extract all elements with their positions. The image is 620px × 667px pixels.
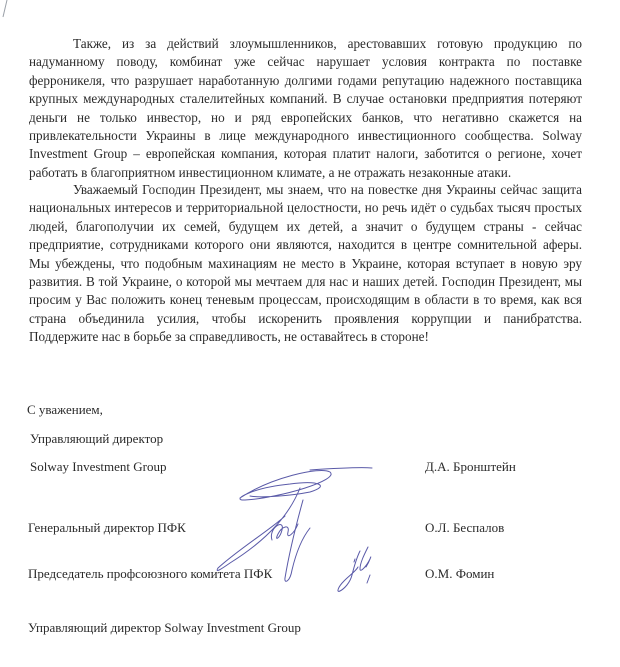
scan-artifact-mark <box>2 0 8 18</box>
signatory-2-name: О.Л. Беспалов <box>425 520 504 536</box>
text-line: национальных интересов и территориальной… <box>29 199 582 217</box>
text-line: Investment Group – европейская компания,… <box>29 145 582 163</box>
text-line: Уважаемый Господин Президент, мы знаем, … <box>29 181 582 199</box>
text-line: деньги не только инвестор, но и ряд евро… <box>29 109 582 127</box>
letter-page: Также, из за действий злоумышленников, а… <box>0 0 620 667</box>
text-line: привлекательности Украины в лице междуна… <box>29 127 582 145</box>
text-line: Мы убеждены, что подобным махинациям не … <box>29 255 582 273</box>
text-line: предприятие, сотрудниками которого они я… <box>29 236 582 254</box>
signatory-2-title: Генеральный директор ПФК <box>28 520 186 536</box>
closing-salutation: С уважением, <box>27 402 103 418</box>
footer-signatory-line: Управляющий директор Solway Investment G… <box>28 620 301 636</box>
handwritten-signature-fomin <box>330 545 390 595</box>
text-line: развития. В той Украине, о которой мы ме… <box>29 273 582 291</box>
text-line: крупных международных сталелитейных комп… <box>29 90 582 108</box>
signatory-1-name: Д.А. Бронштейн <box>425 459 516 475</box>
signatory-1-title-line2: Solway Investment Group <box>30 459 166 475</box>
text-line: страна объединила усилия, чтобы искорени… <box>29 310 582 328</box>
text-line: надуманному поводу, комбинат уже сейчас … <box>29 53 582 71</box>
text-line: просим у Вас положить конец теневым проц… <box>29 291 582 309</box>
signatory-3-name: О.М. Фомин <box>425 566 494 582</box>
paragraph-appeal-to-president: Уважаемый Господин Президент, мы знаем, … <box>29 181 582 347</box>
paragraph-investment-damage: Также, из за действий злоумышленников, а… <box>29 35 582 182</box>
text-line: работать в благоприятном инвестиционном … <box>29 164 582 182</box>
text-line: Также, из за действий злоумышленников, а… <box>29 35 582 53</box>
text-line: Поддержите нас в борьбе за справедливост… <box>29 328 582 346</box>
text-line: ферроникеля, что разрушает наработанную … <box>29 72 582 90</box>
signatory-1-title-line1: Управляющий директор <box>30 431 163 447</box>
signatory-3-title: Председатель профсоюзного комитета ПФК <box>28 566 272 582</box>
text-line: людей, благополучии их семей, будущем их… <box>29 218 582 236</box>
